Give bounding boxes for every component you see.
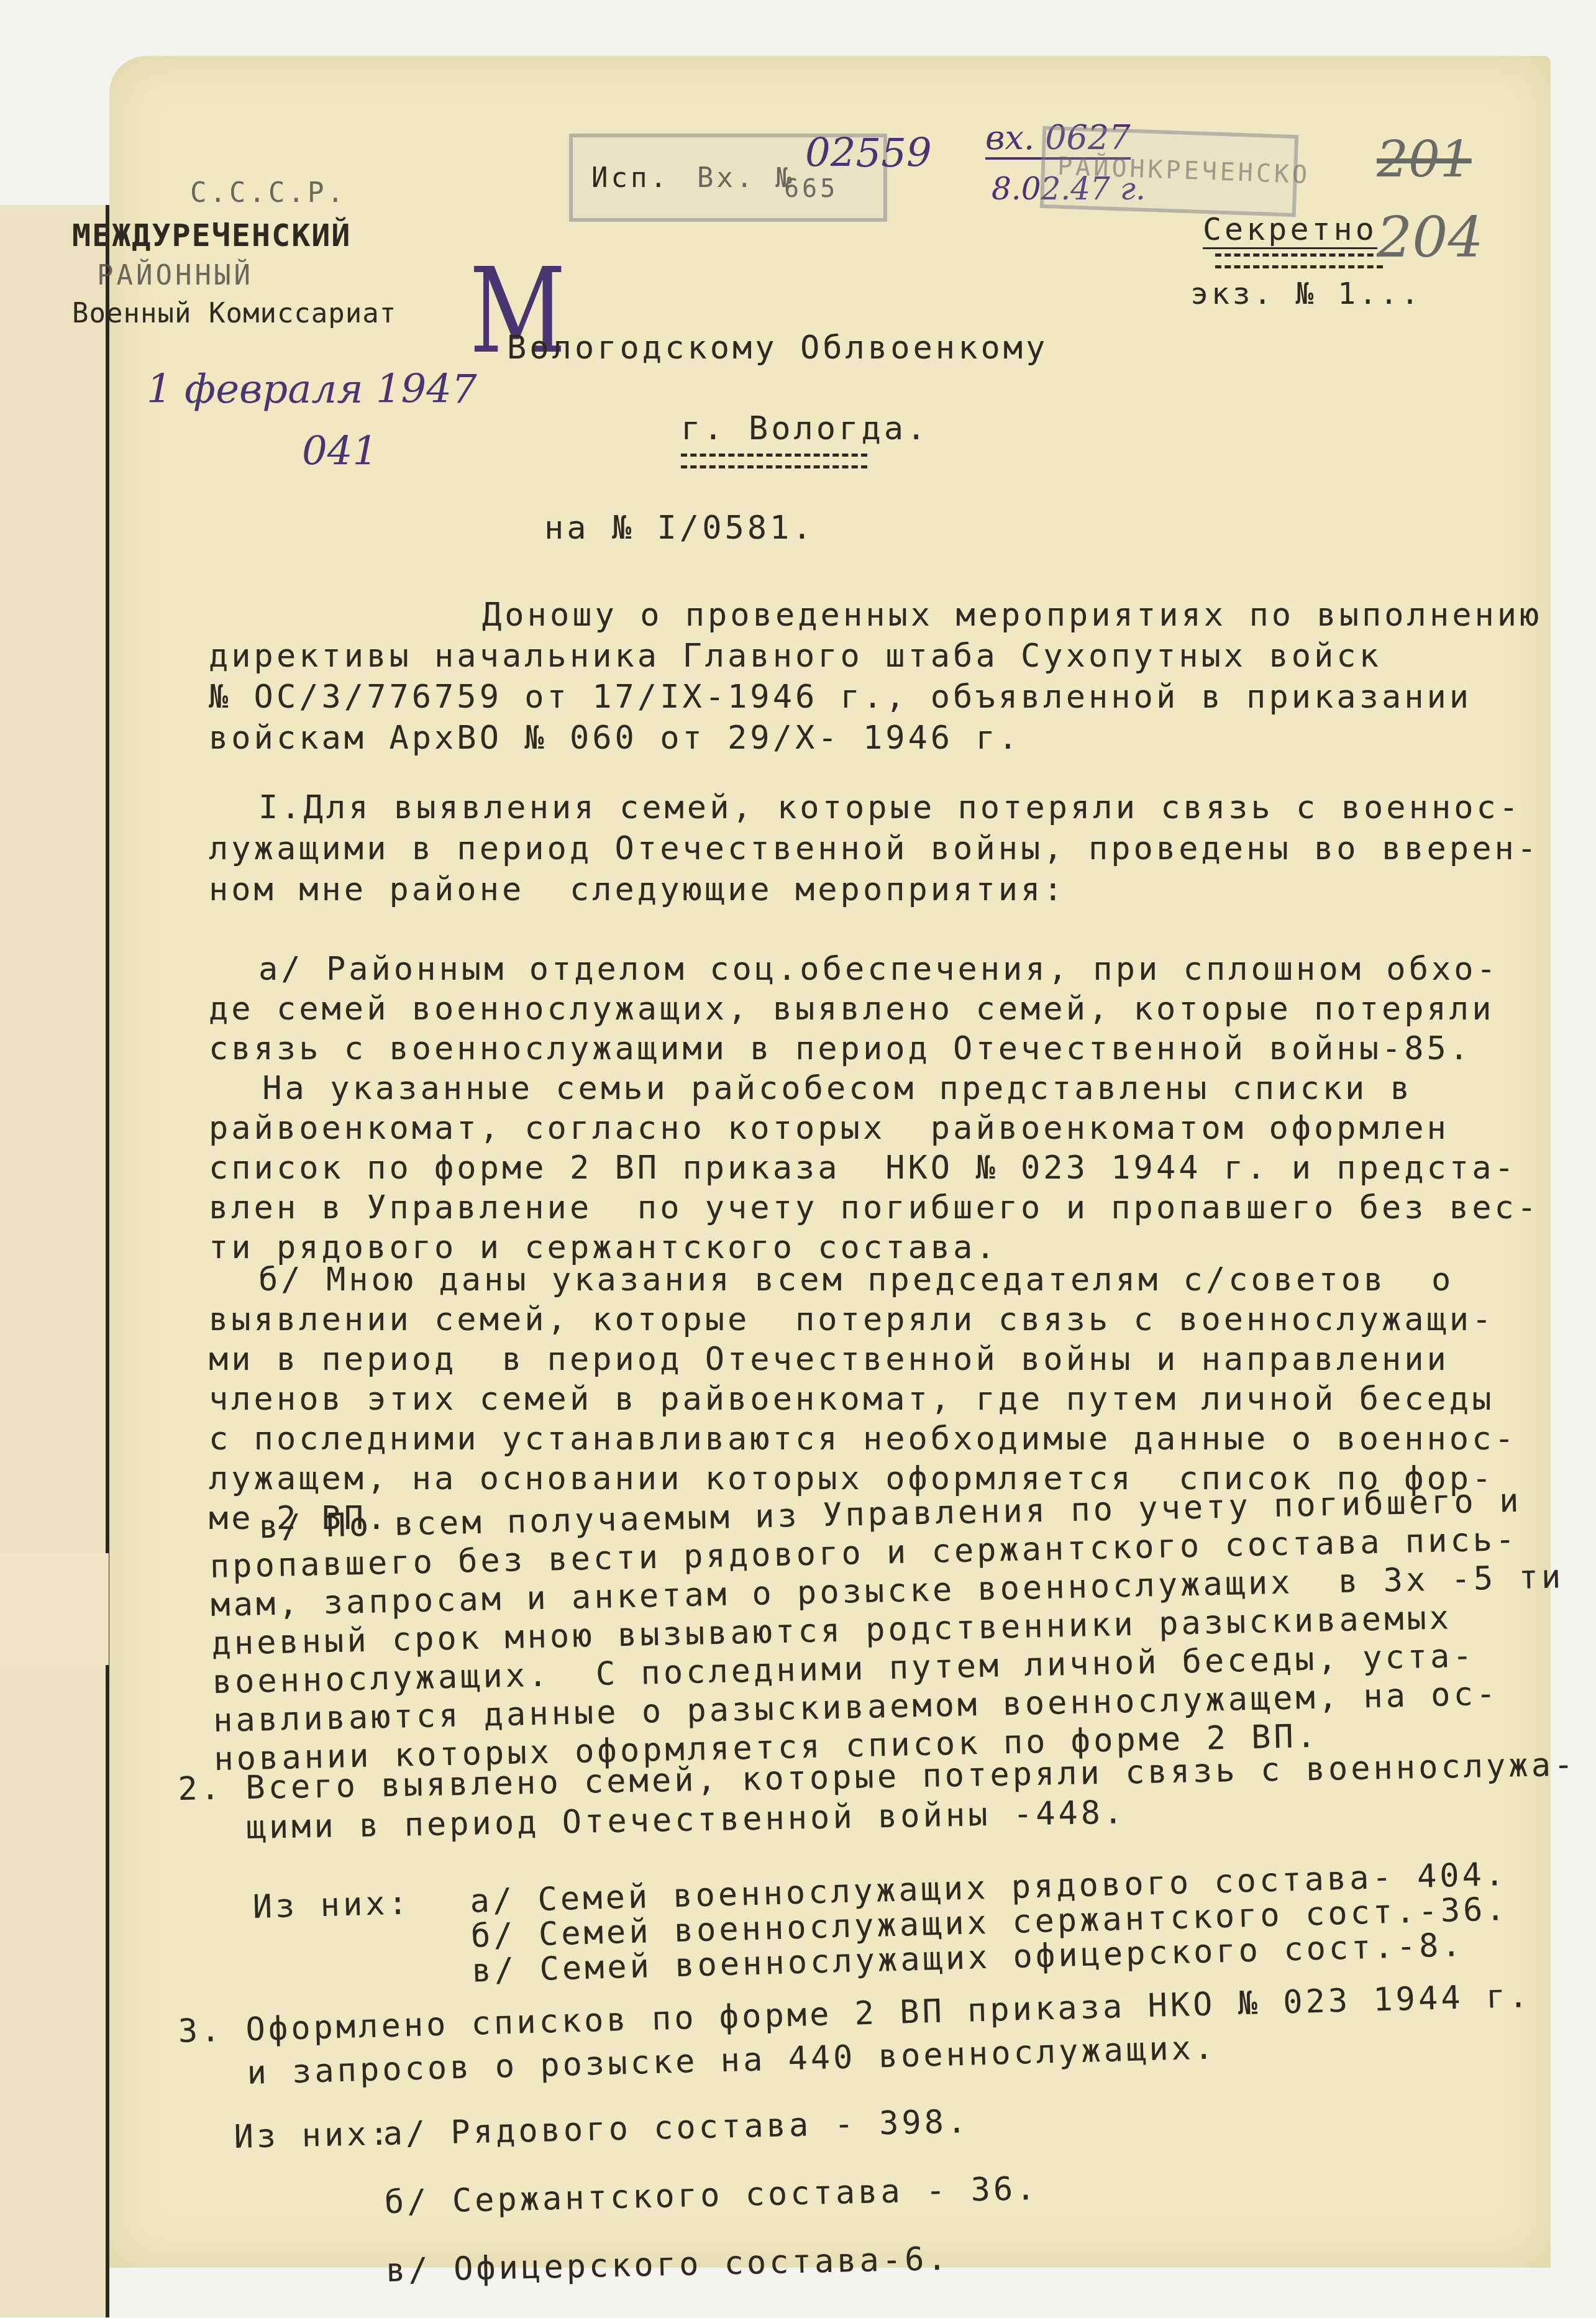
text-line: войскам АрхВО № 060 от 29/X- 1946 г. bbox=[209, 719, 1472, 757]
text-line: На указанные семьи райсобесом представле… bbox=[240, 1070, 1571, 1107]
stamp-incoming-label: Вх. № bbox=[697, 162, 795, 194]
intro-paragraph: Доношу о проведенных мероприятиях по вып… bbox=[209, 596, 1472, 757]
sender-stamp: МЕЖДУРЕЧЕНСКИЙ РАЙОННЫЙ Военный Комиссар… bbox=[72, 217, 396, 329]
text-line: ти рядового и сержантского состава. bbox=[209, 1229, 1539, 1266]
text-line: I.Для выявления семей, которые потеряли … bbox=[258, 789, 1589, 826]
document-sheet: С.С.С.Р. МЕЖДУРЕЧЕНСКИЙ РАЙОННЫЙ Военный… bbox=[109, 56, 1551, 2268]
text-line: Доношу о проведенных мероприятиях по вып… bbox=[482, 596, 1596, 634]
text-line: с последними устанавливаются необходимые… bbox=[209, 1420, 1517, 1458]
text-line: а/ Районным отделом соц.обеспечения, при… bbox=[258, 951, 1589, 988]
addressee-city: г. Вологда. bbox=[681, 410, 929, 447]
text-line: № ОС/3/776759 от 17/IX-1946 г., объявлен… bbox=[209, 678, 1472, 716]
handwritten-page-number-old: 201 bbox=[1377, 130, 1472, 188]
text-line: членов этих семей в райвоенкомат, где пу… bbox=[209, 1380, 1517, 1418]
department-stamp: РАЙОНКРЕЧЕНСКО bbox=[1040, 126, 1298, 217]
text-line: список по форме 2 ВП приказа НКО № 023 1… bbox=[209, 1149, 1539, 1187]
department-stamp-text: РАЙОНКРЕЧЕНСКО bbox=[1057, 152, 1311, 189]
text-line: связь с военнослужащими в период Отечест… bbox=[209, 1030, 1539, 1067]
text-line: влен в Управление по учету погибшего и п… bbox=[209, 1189, 1539, 1226]
country-label: С.С.С.Р. bbox=[190, 177, 347, 209]
text-line: де семей военнослужащих, выявлено семей,… bbox=[209, 990, 1539, 1028]
handwritten-page-number: 204 bbox=[1377, 205, 1484, 270]
addressee-line: Вологодскому Облвоенкому bbox=[507, 329, 1048, 367]
section-3: 3. Оформлено списков по форме 2 ВП прика… bbox=[178, 1978, 1533, 2094]
text-line: б/ Мною даны указания всем председателям… bbox=[258, 1261, 1567, 1298]
addressee-underline bbox=[681, 454, 867, 468]
handwritten-sender-date: 1 февраля 1947 bbox=[147, 367, 477, 413]
secrecy-label: Секретно bbox=[1203, 211, 1377, 249]
text-line: ном мне районе следующие мероприятия: bbox=[209, 871, 1539, 908]
breakdown-item: в/ Офицерского состава-6. bbox=[386, 2240, 951, 2289]
secrecy-underline bbox=[1215, 253, 1383, 268]
handwritten-registration-number: 02559 bbox=[805, 130, 932, 176]
copy-number: экз. № 1... bbox=[1190, 276, 1422, 311]
text-line: директивы начальника Главного штаба Сухо… bbox=[209, 637, 1472, 675]
breakdown-item: а/ Рядового состава - 398. bbox=[383, 2103, 970, 2153]
text-line: выявлении семей, которые потеряли связь … bbox=[209, 1301, 1517, 1338]
copy-value: 1 bbox=[1338, 276, 1359, 311]
handwritten-sender-number: 041 bbox=[302, 429, 378, 475]
breakdown-label: Из них: bbox=[252, 1884, 411, 1926]
text-line: райвоенкомат, согласно которых райвоенко… bbox=[209, 1110, 1539, 1147]
breakdown-label: Из них: bbox=[234, 2115, 392, 2156]
breakdown-item: б/ Сержантского состава - 36. bbox=[384, 2170, 1039, 2221]
sender-stamp-line: МЕЖДУРЕЧЕНСКИЙ bbox=[72, 217, 396, 253]
reference-number: на № I/0581. bbox=[544, 509, 815, 547]
copy-label: экз. № bbox=[1190, 276, 1316, 311]
sender-stamp-line: Военный Комиссариат bbox=[72, 298, 396, 329]
previous-page-edge bbox=[0, 205, 109, 2317]
stamp-label: Исп. bbox=[591, 162, 670, 194]
section-1: I.Для выявления семей, которые потеряли … bbox=[209, 789, 1539, 908]
sender-stamp-line: РАЙОННЫЙ bbox=[97, 260, 421, 291]
section-1a: а/ Районным отделом соц.обеспечения, при… bbox=[209, 951, 1539, 1266]
folded-sheet-edge bbox=[0, 1553, 109, 1665]
stamp-sub-number: 665 bbox=[784, 175, 838, 203]
text-line: ми в период в период Отечественной войны… bbox=[209, 1341, 1517, 1378]
section-1c: в/ По всем получаемым из Управления по у… bbox=[209, 1481, 1567, 1778]
text-line: лужащими в период Отечественной войны, п… bbox=[209, 830, 1539, 867]
